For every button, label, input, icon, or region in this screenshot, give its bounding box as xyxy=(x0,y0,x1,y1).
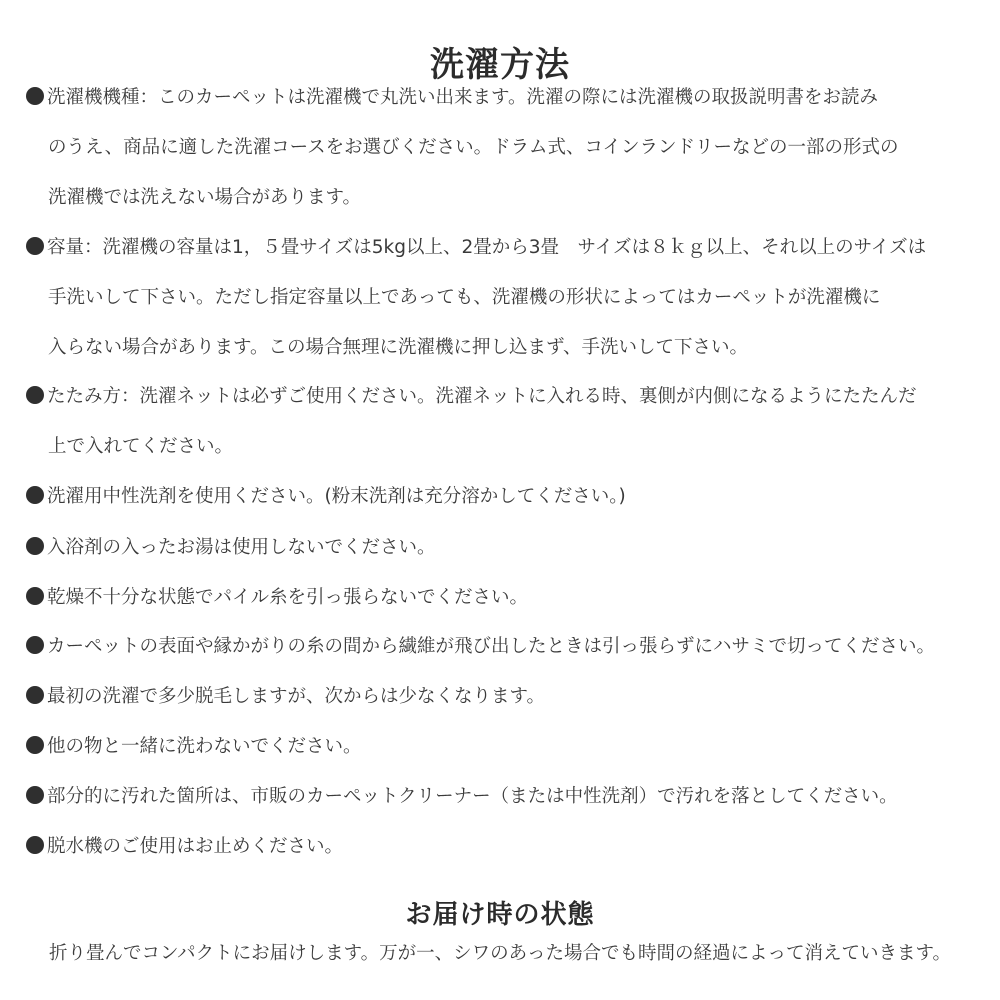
list-item-continuation: のうえ、商品に適した洗濯コースをお選びください。ドラム式、コインランドリーなどの… xyxy=(48,135,898,161)
list-item-bath-additive: 入浴剤の入ったお湯は使用しないでください。 xyxy=(26,535,436,561)
list-item-continuation: 入らない場合があります。この場合無理に洗濯機に押し込まず、手洗いして下さい。 xyxy=(48,335,748,361)
list-item-drying: 乾燥不十分な状態でパイル糸を引っ張らないでください。 xyxy=(26,585,528,611)
bullet-icon xyxy=(26,537,44,555)
list-item-separate-wash: 他の物と一緒に洗わないでください。 xyxy=(26,734,362,760)
bullet-icon xyxy=(26,587,44,605)
list-item-loose-fibers: カーペットの表面や縁かがりの糸の間から繊維が飛び出したときは引っ張らずにハサミで… xyxy=(26,634,935,660)
page-title: 洗濯方法 xyxy=(0,41,1000,89)
list-item-spot-cleaning: 部分的に汚れた箇所は、市販のカーペットクリーナー（または中性洗剤）で汚れを落とし… xyxy=(26,784,898,810)
bullet-icon xyxy=(26,87,44,105)
delivery-section-title: お届け時の状態 xyxy=(0,895,1000,935)
list-item-continuation: 洗濯機では洗えない場合があります。 xyxy=(48,185,361,211)
bullet-icon xyxy=(26,736,44,754)
bullet-icon xyxy=(26,686,44,704)
bullet-icon xyxy=(26,836,44,854)
bullet-icon xyxy=(26,386,44,404)
bullet-icon xyxy=(26,786,44,804)
delivery-description: 折り畳んでコンパクトにお届けします。万が一、シワのあった場合でも時間の経過によっ… xyxy=(0,941,1000,967)
list-item-continuation: 上で入れてください。 xyxy=(48,434,233,460)
bullet-icon xyxy=(26,636,44,654)
list-item-capacity: 容量：洗濯機の容量は1，５畳サイズは5kg以上、2畳から3畳 サイズは８ｋｇ以上… xyxy=(26,235,926,261)
list-item-shedding: 最初の洗濯で多少脱毛しますが、次からは少なくなります。 xyxy=(26,684,545,710)
bullet-icon xyxy=(26,486,44,504)
list-item-detergent: 洗濯用中性洗剤を使用ください。(粉末洗剤は充分溶かしてください。) xyxy=(26,484,626,510)
list-item-washing-machine-type: 洗濯機機種：このカーペットは洗濯機で丸洗い出来ます。洗濯の際には洗濯機の取扱説明… xyxy=(26,85,878,111)
bullet-icon xyxy=(26,237,44,255)
list-item-spin-dryer: 脱水機のご使用はお止めください。 xyxy=(26,834,343,860)
list-item-folding: たたみ方：洗濯ネットは必ずご使用ください。洗濯ネットに入れる時、裏側が内側になる… xyxy=(26,384,917,410)
list-item-continuation: 手洗いして下さい。ただし指定容量以上であっても、洗濯機の形状によってはカーペット… xyxy=(48,285,880,311)
